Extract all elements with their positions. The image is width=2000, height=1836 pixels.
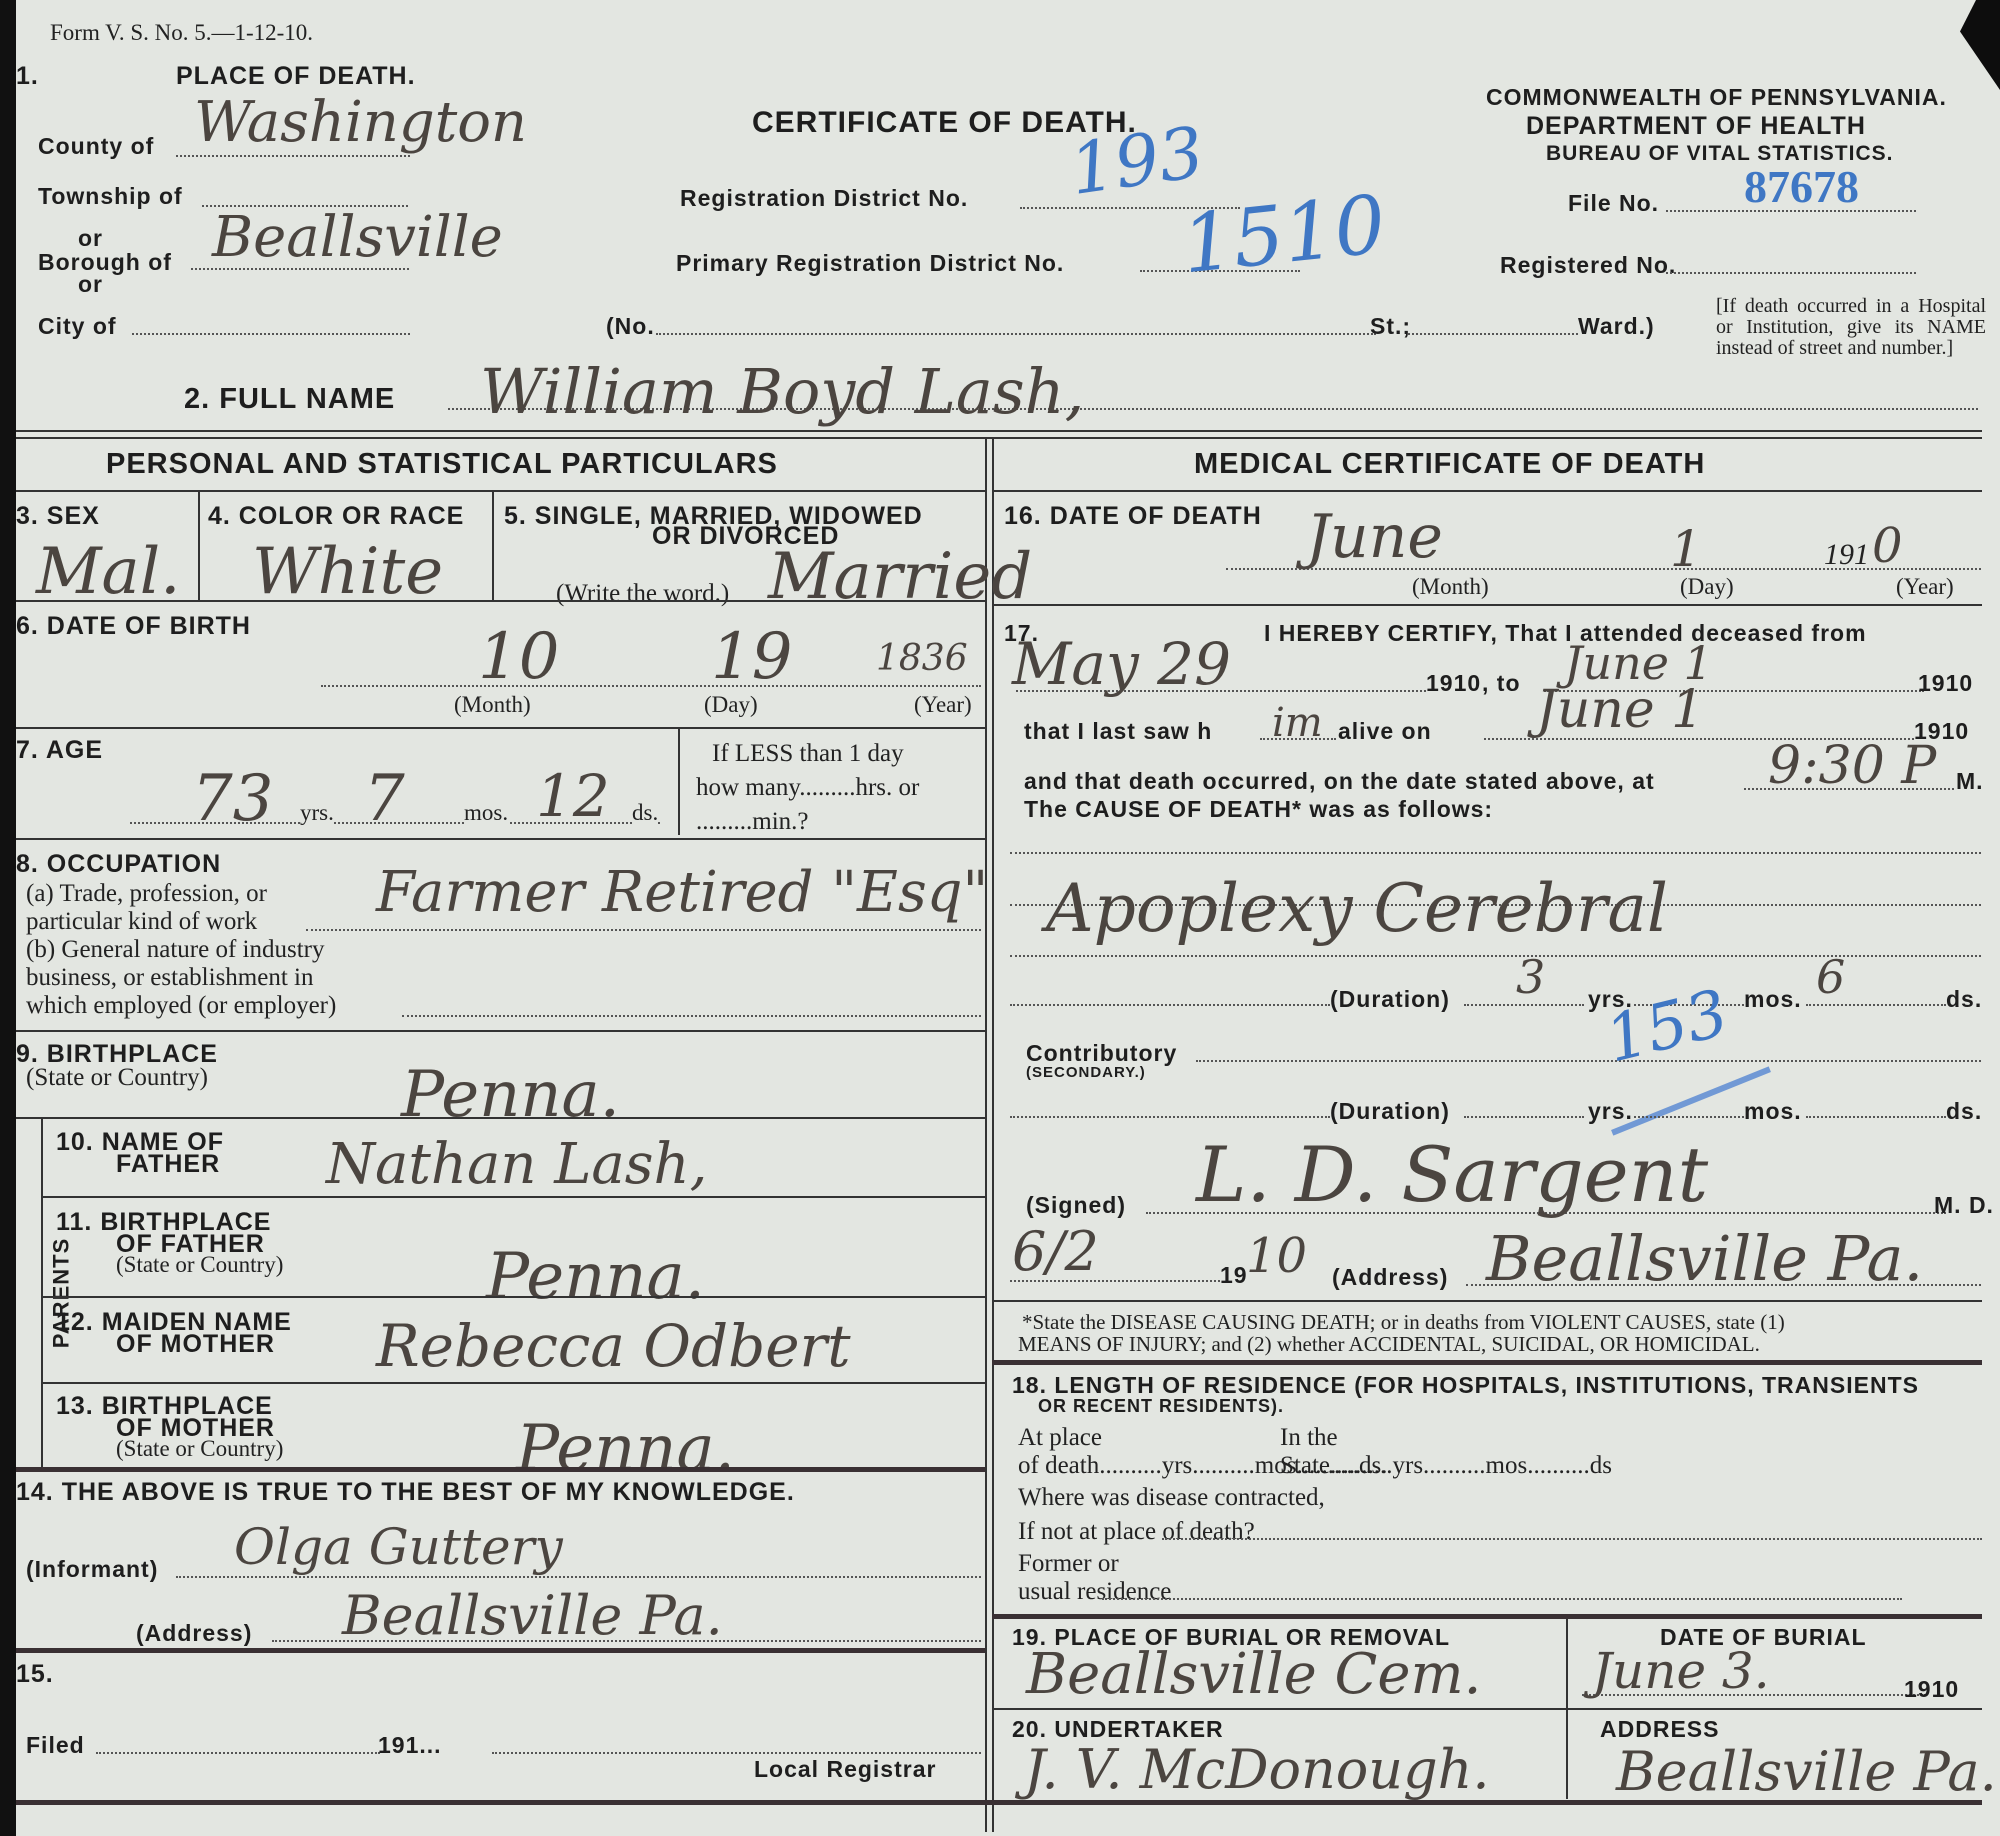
center-divider: [985, 437, 987, 1832]
cause-footnote-line2: MEANS OF INJURY; and (2) whether ACCIDEN…: [1018, 1332, 1760, 1357]
primary-district-label: Primary Registration District No.: [676, 250, 1064, 277]
meridian-suffix: M.: [1956, 768, 1984, 795]
age-months[interactable]: 7: [364, 762, 405, 836]
certificate-page: Form V. S. No. 5.—1-12-10. 1. PLACE OF D…: [16, 0, 2000, 1836]
contracted-label-2: If not at place of death?: [1018, 1518, 1255, 1546]
ds-unit: ds.: [1946, 1098, 1982, 1125]
street-number-label: (No.: [606, 313, 655, 340]
duration-months[interactable]: 6: [1816, 950, 1845, 1004]
registration-district-label: Registration District No.: [680, 185, 968, 212]
occupation-label: 8. OCCUPATION: [16, 850, 221, 879]
ds-unit: ds.: [1946, 986, 1982, 1013]
contracted-label: Where was disease contracted,: [1018, 1484, 1325, 1512]
less-than-day-line3: .........min.?: [696, 808, 809, 836]
or-text: or: [78, 225, 103, 252]
secondary-duration-label: (Duration): [1330, 1098, 1450, 1125]
dob-label: 6. DATE OF BIRTH: [16, 612, 251, 641]
cause-of-death-label: The CAUSE OF DEATH* was as follows:: [1024, 796, 1493, 823]
race-value[interactable]: White: [252, 535, 443, 609]
age-label: 7. AGE: [16, 736, 103, 765]
last-saw-date[interactable]: June 1: [1536, 680, 1704, 740]
informant-value[interactable]: Olga Guttery: [234, 1518, 563, 1576]
mos-unit: mos.: [1744, 1098, 1802, 1125]
borough-value[interactable]: Beallsville: [212, 205, 503, 270]
duration-label: (Duration): [1330, 986, 1450, 1013]
item-number-15: 15.: [16, 1660, 54, 1689]
registered-number-field[interactable]: [1666, 272, 1916, 274]
race-label: 4. COLOR OR RACE: [208, 502, 464, 531]
occupation-b-line3: which employed (or employer): [26, 992, 336, 1020]
sex-value[interactable]: Mal.: [36, 535, 181, 609]
former-residence-label-2: usual residence: [1018, 1578, 1171, 1606]
burial-date-value[interactable]: June 3.: [1592, 1642, 1770, 1700]
place-of-death-heading: PLACE OF DEATH.: [176, 62, 416, 91]
yrs-unit: yrs.: [1588, 1098, 1633, 1125]
file-number-label: File No.: [1568, 190, 1659, 217]
street-field[interactable]: [656, 333, 1376, 335]
physician-signature[interactable]: L. D. Sargent: [1196, 1130, 1708, 1219]
month-caption: (Month): [1412, 574, 1489, 600]
year-caption: (Year): [1896, 574, 1954, 600]
residence-state-label: In the: [1280, 1424, 1338, 1452]
county-label: County of: [38, 133, 154, 160]
mother-name-value[interactable]: Rebecca Odbert: [376, 1312, 851, 1380]
father-name-label-2: FATHER: [116, 1150, 220, 1179]
contributory-field[interactable]: [1196, 1060, 1981, 1062]
death-year-suffix[interactable]: 0: [1872, 518, 1903, 574]
age-days[interactable]: 12: [536, 762, 610, 830]
last-saw-label: that I last saw h: [1024, 718, 1212, 745]
attended-from-date[interactable]: May 29: [1012, 630, 1231, 698]
or-text: or: [78, 271, 103, 298]
informant-address-value[interactable]: Beallsville Pa.: [342, 1584, 723, 1647]
occupation-a-line1: (a) Trade, profession, or: [26, 880, 267, 908]
attended-to-year[interactable]: 1910: [1918, 670, 1973, 697]
father-birthplace-sublabel: (State or Country): [116, 1252, 283, 1278]
informant-address-label: (Address): [136, 1620, 252, 1647]
marital-hint: (Write the word.): [556, 580, 729, 608]
registration-district-value[interactable]: 193: [1065, 111, 1209, 211]
medical-certificate-heading: MEDICAL CERTIFICATE OF DEATH: [1194, 448, 1705, 481]
residence-label-2: OR RECENT RESIDENTS).: [1038, 1396, 1284, 1417]
ds-unit: ds.: [632, 800, 658, 826]
cause-of-death-value[interactable]: Apoplexy Cerebral: [1046, 870, 1668, 947]
employer-field[interactable]: [402, 1015, 981, 1017]
occupation-value[interactable]: Farmer Retired "Esq": [376, 860, 988, 925]
form-id: Form V. S. No. 5.—1-12-10.: [50, 20, 313, 46]
less-than-day-line1: If LESS than 1 day: [712, 740, 904, 768]
birthplace-sublabel: (State or Country): [26, 1064, 208, 1092]
signed-year-prefix: 19: [1220, 1262, 1248, 1289]
father-birthplace-value[interactable]: Penna.: [486, 1240, 705, 1314]
file-number-value[interactable]: 87678: [1744, 160, 1859, 213]
residence-label: 18. LENGTH OF RESIDENCE (FOR HOSPITALS, …: [1012, 1372, 1919, 1399]
occupation-b-line2: business, or establishment in: [26, 964, 313, 992]
date-of-death-label: 16. DATE OF DEATH: [1004, 502, 1262, 531]
agency-line-1: COMMONWEALTH OF PENNSYLVANIA.: [1486, 84, 1947, 111]
dob-month[interactable]: 10: [478, 620, 559, 694]
item-number-1: 1.: [16, 62, 39, 91]
yrs-unit: yrs.: [300, 800, 334, 826]
burial-place-value[interactable]: Beallsville Cem.: [1026, 1642, 1481, 1707]
informant-label: (Informant): [26, 1556, 158, 1583]
marital-value[interactable]: Married: [768, 540, 1032, 614]
secondary-label: (SECONDARY.): [1026, 1064, 1146, 1081]
mos-unit: mos.: [464, 800, 508, 826]
mother-birthplace-value[interactable]: Penna.: [516, 1412, 735, 1486]
county-value[interactable]: Washington: [194, 90, 527, 155]
death-month[interactable]: June: [1306, 502, 1443, 572]
duration-years[interactable]: 3: [1516, 950, 1545, 1004]
full-name-value[interactable]: William Boyd Lash,: [480, 355, 1084, 428]
signed-label: (Signed): [1026, 1192, 1126, 1219]
registered-number-label: Registered No.: [1500, 252, 1676, 279]
signed-year-suffix[interactable]: 10: [1246, 1228, 1307, 1284]
residence-state-fields[interactable]: State..........yrs..........mos.........…: [1280, 1452, 1612, 1480]
md-suffix: M. D.: [1934, 1192, 1994, 1219]
occupation-a-line2: particular kind of work: [26, 908, 257, 936]
page-corner: [1960, 0, 2000, 90]
undertaker-value[interactable]: J. V. McDonough.: [1024, 1738, 1490, 1801]
attended-from-year[interactable]: 1910: [1426, 670, 1481, 697]
borough-label: Borough of: [38, 249, 172, 276]
registrar-signature-field[interactable]: [492, 1752, 981, 1754]
filed-label: Filed: [26, 1732, 85, 1759]
undertaker-address-label: ADDRESS: [1600, 1716, 1719, 1743]
signed-date[interactable]: 6/2: [1012, 1220, 1099, 1283]
knowledge-statement: 14. THE ABOVE IS TRUE TO THE BEST OF MY …: [16, 1478, 795, 1507]
township-label: Township of: [38, 183, 183, 210]
to-label: , to: [1482, 670, 1521, 697]
street-label: St.;: [1370, 313, 1411, 340]
age-years[interactable]: 73: [192, 762, 273, 836]
death-time-label: and that death occurred, on the date sta…: [1024, 768, 1655, 795]
ward-field[interactable]: [1408, 333, 1578, 335]
day-caption: (Day): [1680, 574, 1734, 600]
filed-date-field[interactable]: [96, 1752, 380, 1754]
alive-on-label: alive on: [1338, 718, 1432, 745]
day-caption: (Day): [704, 692, 758, 718]
contributory-label: Contributory: [1026, 1040, 1177, 1067]
contracted-field[interactable]: [1162, 1538, 1982, 1540]
less-than-day-line2: how many.........hrs. or: [696, 774, 919, 802]
occupation-b-line1: (b) General nature of industry: [26, 936, 325, 964]
hospital-note: [If death occurred in a Hospital or Inst…: [1716, 296, 1986, 359]
dob-year[interactable]: 1836: [876, 638, 968, 679]
mother-name-label-2: OF MOTHER: [116, 1330, 275, 1359]
primary-district-value[interactable]: 1510: [1178, 178, 1390, 292]
dob-day[interactable]: 19: [711, 620, 792, 694]
burial-year[interactable]: 1910: [1904, 1676, 1959, 1703]
sex-label: 3. SEX: [16, 502, 100, 531]
mother-birthplace-sublabel: (State or Country): [116, 1436, 283, 1462]
agency-line-2: DEPARTMENT OF HEALTH: [1526, 112, 1866, 141]
personal-particulars-heading: PERSONAL AND STATISTICAL PARTICULARS: [106, 448, 778, 481]
death-day[interactable]: 1: [1670, 520, 1702, 578]
last-saw-pronoun[interactable]: im: [1272, 700, 1323, 746]
mos-unit: mos.: [1744, 986, 1802, 1013]
physician-address-label: (Address): [1332, 1264, 1448, 1291]
physician-address-value[interactable]: Beallsville Pa.: [1486, 1222, 1923, 1295]
city-label: City of: [38, 313, 117, 340]
father-name-value[interactable]: Nathan Lash,: [326, 1132, 707, 1197]
undertaker-address-value[interactable]: Beallsville Pa.: [1616, 1740, 1997, 1803]
filed-year-suffix: 191...: [378, 1732, 442, 1759]
death-time[interactable]: 9:30 P: [1768, 736, 1936, 796]
ward-label: Ward.): [1578, 313, 1655, 340]
death-year-prefix: 191: [1824, 538, 1869, 572]
full-name-label: 2. FULL NAME: [184, 383, 395, 416]
residence-place-label: At place: [1018, 1424, 1102, 1452]
registrar-label: Local Registrar: [754, 1756, 936, 1783]
city-field[interactable]: [132, 333, 410, 335]
year-caption: (Year): [914, 692, 972, 718]
former-residence-label: Former or: [1018, 1550, 1119, 1578]
birthplace-value[interactable]: Penna.: [401, 1058, 620, 1132]
month-caption: (Month): [454, 692, 531, 718]
former-residence-field[interactable]: [1102, 1598, 1902, 1600]
